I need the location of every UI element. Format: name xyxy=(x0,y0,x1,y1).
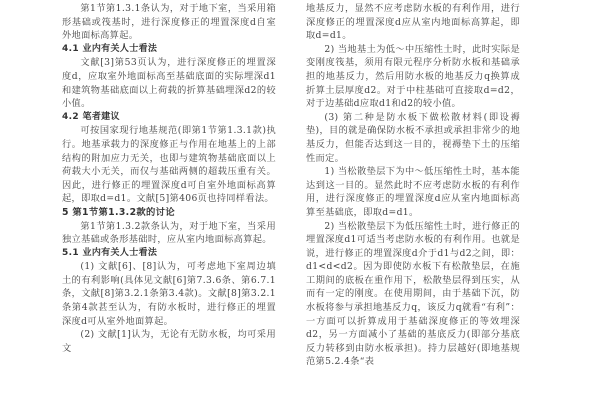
paragraph: 文献[3]第53页认为，进行深度修正的埋置深度d，应取室外地面标高至基础底面的实… xyxy=(62,56,276,110)
section-heading: 4.1 业内有关人士看法 xyxy=(62,43,276,57)
document-page: 第1节第1.3.1条认为，对于地下室，当采用箱形基础或筏基时，进行深度修正的埋置… xyxy=(0,0,600,400)
paragraph: 2) 当松散垫层下为低压缩性土时，进行修正的埋置深度d1可适当考虑防水板的有利作… xyxy=(306,220,520,370)
section-heading: 5 第1节第1.3.2款的讨论 xyxy=(62,206,276,220)
paragraph: (2) 文献[1]认为，无论有无防水板，均可采用文 xyxy=(62,328,276,355)
paragraph: 1) 当松散垫层下为中～低压缩性土时，基本能达到这一目的。显然此时不应考虑防水板… xyxy=(306,165,520,219)
paragraph: 2) 当地基土为低～中压缩性土时，此时实际是变刚度筏基，须用有限元程序分析防水板… xyxy=(306,43,520,111)
paragraph: 地基反力，显然不应考虑防水板的有利作用，进行深度修正的埋置深度d应从室内地面标高… xyxy=(306,2,520,43)
paragraph: 第1节第1.3.1条认为，对于地下室，当采用箱形基础或筏基时，进行深度修正的埋置… xyxy=(62,2,276,43)
section-heading: 4.2 笔者建议 xyxy=(62,111,276,125)
paragraph: (1) 文献[6]、[8]认为，可考虑地下室周边填土的有利影响(具体见文献[6]… xyxy=(62,260,276,328)
section-heading: 5.1 业内有关人士看法 xyxy=(62,247,276,261)
paragraph: 第1节第1.3.2款条认为，对于地下室，当采用独立基础或条形基础时，应从室内地面… xyxy=(62,220,276,247)
left-column: 第1节第1.3.1条认为，对于地下室，当采用箱形基础或筏基时，进行深度修正的埋置… xyxy=(62,2,276,355)
right-column: 地基反力，显然不应考虑防水板的有利作用，进行深度修正的埋置深度d应从室内地面标高… xyxy=(306,2,520,369)
paragraph: (3) 第二种是防水板下做松散材料(即设褥垫)，目的就是确保防水板不承担或承担非… xyxy=(306,111,520,165)
paragraph: 可按国家现行地基规范(即第1节第1.3.1款)执行。地基承载力的深度修正与作用在… xyxy=(62,124,276,206)
